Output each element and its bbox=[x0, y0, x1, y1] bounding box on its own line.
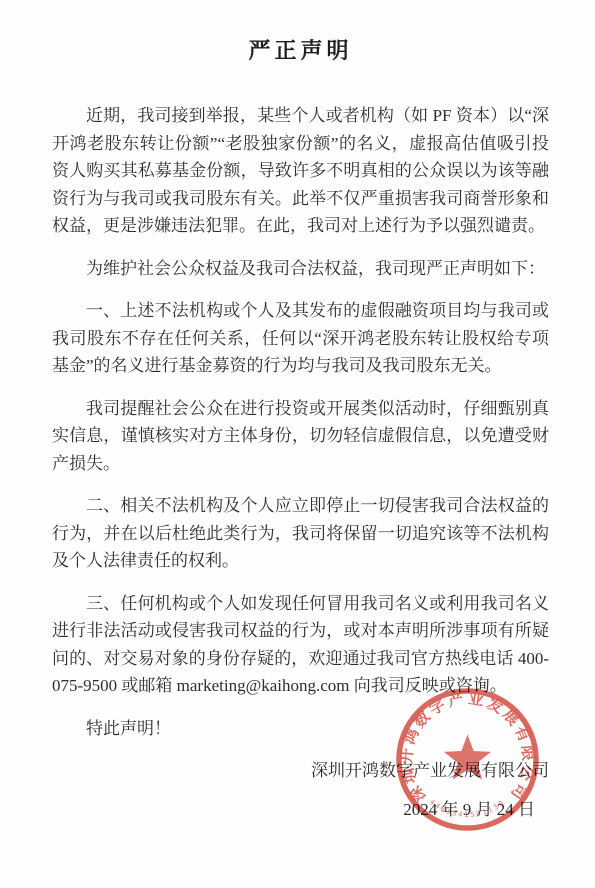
signature-date: 2024 年 9 月 24 日 bbox=[52, 796, 535, 824]
paragraph-item-1: 一、上述不法机构或个人及其发布的虚假融资项目均与我司或我司股东不存在任何关系，任… bbox=[52, 297, 549, 380]
document-title: 严正声明 bbox=[52, 36, 549, 66]
paragraph-item-2: 二、相关不法机构及个人应立即停止一切侵害我司合法权益的行为，并在以后杜绝此类行为… bbox=[52, 492, 549, 575]
paragraph-closing: 特此声明！ bbox=[52, 715, 549, 743]
paragraph-declaration-lead: 为维护社会公众权益及我司合法权益，我司现严正声明如下： bbox=[52, 255, 549, 283]
paragraph-item-3-contact: 三、任何机构或个人如发现任何冒用我司名义或利用我司名义进行非法活动或侵害我司权益… bbox=[52, 590, 549, 700]
signature-company: 深圳开鸿数字产业发展有限公司 bbox=[52, 757, 549, 785]
signature-block: 深圳开鸿数字产业发展有限公司 2024 年 9 月 24 日 bbox=[52, 757, 549, 823]
statement-document: 严正声明 近期，我司接到举报，某些个人或者机构（如 PF 资本）以“深开鸿老股东… bbox=[0, 0, 595, 888]
paragraph-intro: 近期，我司接到举报，某些个人或者机构（如 PF 资本）以“深开鸿老股东转让份额”… bbox=[52, 102, 549, 240]
paragraph-public-reminder: 我司提醒社会公众在进行投资或开展类似活动时，仔细甄别真实信息，谨慎核实对方主体身… bbox=[52, 395, 549, 478]
